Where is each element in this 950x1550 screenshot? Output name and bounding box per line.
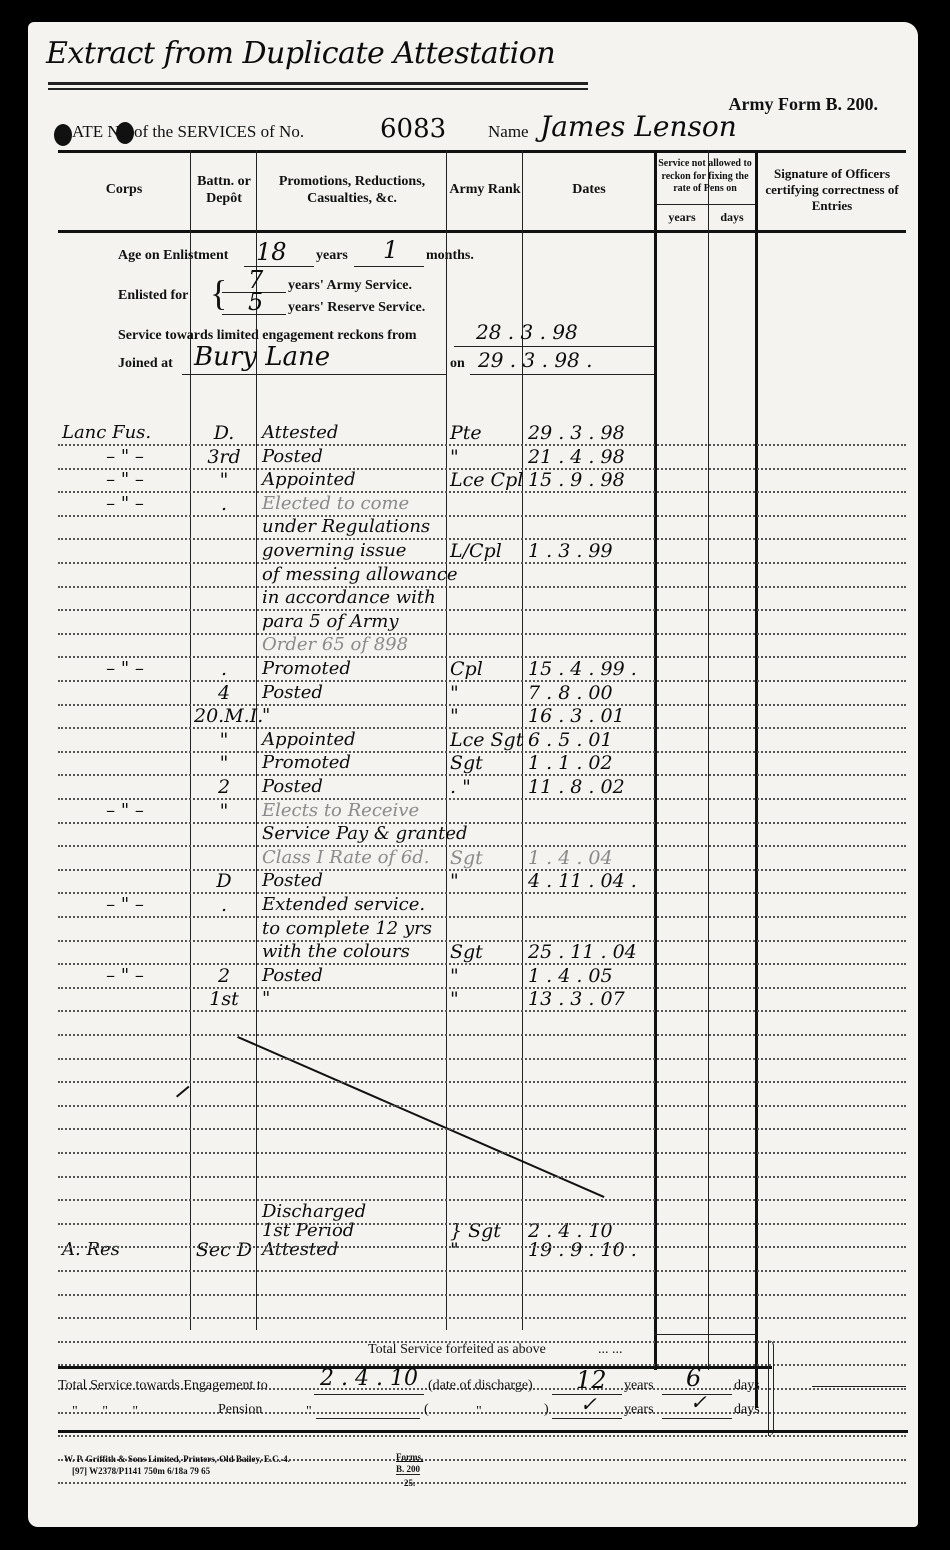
ruled-line (58, 1010, 906, 1012)
ruled-line (58, 1294, 906, 1296)
cell-date: 19 . 9 . 10 . (528, 1239, 652, 1261)
ruled-line (58, 774, 906, 776)
cell-battn: " (194, 800, 254, 822)
ruled-line (58, 1199, 906, 1201)
header-years: years (656, 204, 708, 230)
joined-date-line (470, 374, 654, 375)
header-rank: Army Rank (448, 150, 522, 230)
pension-date-line (316, 1418, 420, 1419)
cell-battn: 2 (194, 776, 254, 798)
months-label: months. (426, 248, 474, 264)
cell-corps: – " – (62, 658, 188, 680)
cell-event: to complete 12 yrs (262, 918, 444, 940)
reckons-line (454, 346, 654, 347)
pension-label: Pension (218, 1402, 262, 1418)
cell-date: 1 . 3 . 99 (528, 540, 652, 562)
forms-label: Forms, (396, 1452, 423, 1462)
cell-battn: 2 (194, 965, 254, 987)
pension-years-label: years (624, 1402, 654, 1418)
soldier-name: James Lenson (540, 110, 737, 143)
cell-rank: " (450, 682, 520, 704)
header-bottom-rule (58, 230, 906, 233)
cell-event: in accordance with (262, 587, 444, 609)
ruled-line (58, 1412, 906, 1414)
ruled-line (58, 1058, 906, 1060)
cell-date: 15 . 4 . 99 . (528, 658, 652, 680)
ruled-line (58, 538, 906, 540)
engagement-date: 2 . 4 . 10 (320, 1366, 418, 1391)
document-title: Extract from Duplicate Attestation (46, 36, 555, 71)
header-signature: Signature of Officers certifying correct… (758, 150, 906, 230)
ruled-line (58, 963, 906, 965)
printer-line-2: [97] W2378/P1141 750m 6/18a 79 65 (72, 1466, 210, 1476)
on-label: on (450, 356, 465, 372)
cell-date: 15 . 9 . 98 (528, 469, 652, 491)
ruled-line (58, 1270, 906, 1272)
pension-paren-ditto: " (476, 1404, 482, 1420)
cell-battn: Sec D (194, 1239, 254, 1261)
printer-line-1: W. P. Griffith & Sons Limited, Printers,… (64, 1454, 290, 1464)
cell-event: Posted (262, 965, 444, 987)
cell-event: Class I Rate of 6d. (262, 847, 444, 869)
totals-bottom-rule (58, 1430, 908, 1433)
cell-event: Posted (262, 776, 444, 798)
cell-date: 25 . 11 . 04 (528, 941, 652, 963)
days-label: days (734, 1378, 760, 1394)
ruled-line (58, 751, 906, 753)
cell-event: with the colours (262, 941, 444, 963)
service-number: 6083 (380, 114, 446, 144)
cell-rank: " (450, 1239, 520, 1261)
ruled-line (58, 727, 906, 729)
pension-paren-close: ) (544, 1402, 549, 1418)
cell-rank: " (450, 965, 520, 987)
ruled-line (58, 1317, 906, 1319)
cell-corps: – " – (62, 894, 188, 916)
discharge-label: (date of discharge) (428, 1378, 533, 1394)
header-days: days (710, 204, 754, 230)
cell-event: Appointed (262, 469, 444, 491)
engagement-days: 6 (686, 1364, 701, 1392)
cell-battn: " (194, 752, 254, 774)
cell-event: " (262, 705, 444, 727)
cell-battn: D. (194, 422, 254, 444)
ruled-line (58, 1034, 906, 1036)
cell-date: 4 . 11 . 04 . (528, 870, 652, 892)
header-dates: Dates (524, 150, 654, 230)
joined-line (182, 374, 446, 375)
joined-place: Bury Lane (194, 342, 330, 372)
forfeited-label: Total Service forfeited as above (368, 1342, 546, 1358)
cell-event: governing issue (262, 540, 444, 562)
col-divider (654, 150, 657, 1370)
cell-event: Order 65 of 898 (262, 634, 444, 656)
cell-date: 1 . 4 . 04 (528, 847, 652, 869)
pension-paren-open: ( (424, 1402, 429, 1418)
pension-years-line (552, 1418, 622, 1419)
ruled-line (58, 1246, 906, 1248)
engagement-label: Total Service towards Engagement to (58, 1378, 268, 1394)
years-label: years (624, 1378, 654, 1394)
reserve-service-label: years' Reserve Service. (288, 300, 425, 316)
cell-rank: . " (450, 776, 520, 798)
ruled-line (58, 680, 906, 682)
strike-through-line (237, 1036, 604, 1198)
cell-event: Elects to Receive (262, 800, 444, 822)
pension-days-label: days (734, 1402, 760, 1418)
header-promotions: Promotions, Reductions, Casualties, &c. (258, 150, 446, 230)
cell-battn: . (194, 894, 254, 916)
cell-date: 13 . 3 . 07 (528, 988, 652, 1010)
joined-label: Joined at (118, 356, 173, 372)
name-label: Name (488, 122, 529, 142)
forfeited-dots: ... ... (598, 1342, 623, 1358)
cell-battn: 3rd (194, 446, 254, 468)
ruled-line (58, 916, 906, 918)
cell-battn: " (194, 469, 254, 491)
cell-event: Extended service. (262, 894, 444, 916)
cell-rank: Sgt (450, 847, 520, 869)
cell-rank: Cpl (450, 658, 520, 680)
ruled-line (58, 1128, 906, 1130)
ruled-line (58, 798, 906, 800)
cell-event: Promoted (262, 658, 444, 680)
ruled-line (58, 1105, 906, 1107)
signature-line (812, 1386, 906, 1387)
cell-corps: – " – (62, 493, 188, 515)
cell-event: Elected to come (262, 493, 444, 515)
ruled-line (58, 633, 906, 635)
attestation-form-page: Extract from Duplicate Attestation Army … (28, 22, 918, 1527)
cell-date: 7 . 8 . 00 (528, 682, 652, 704)
ruled-line (58, 1152, 906, 1154)
cell-corps: – " – (62, 800, 188, 822)
cell-rank: Pte (450, 422, 520, 444)
pension-days-line (662, 1418, 732, 1419)
ruled-line (58, 704, 906, 706)
ruled-line (58, 869, 906, 871)
cell-rank: Lce Cpl (450, 469, 520, 491)
cell-event: Promoted (262, 752, 444, 774)
age-months: 1 (383, 236, 398, 264)
engagement-date-line (314, 1394, 424, 1395)
cell-event: Posted (262, 446, 444, 468)
ruled-line (58, 562, 906, 564)
reserve-years: 5 (248, 288, 263, 316)
cell-event: Attested (262, 1239, 444, 1261)
cell-battn: D (194, 870, 254, 892)
years-label: years (316, 248, 348, 264)
age-months-line (354, 266, 424, 267)
cell-corps: – " – (62, 965, 188, 987)
ruled-line (58, 1176, 906, 1178)
cell-event: Attested (262, 422, 444, 444)
cell-battn: . (194, 658, 254, 680)
forfeited-box-top (654, 1334, 756, 1335)
pension-ditto2: " (306, 1404, 312, 1420)
cell-event: Appointed (262, 729, 444, 751)
ruled-line (58, 491, 906, 493)
cell-rank: " (450, 446, 520, 468)
ruled-line (58, 1223, 906, 1225)
totals-brace (768, 1340, 774, 1436)
ink-blot (54, 124, 72, 146)
cell-corps: Lanc Fus. (62, 422, 188, 444)
ruled-line (58, 609, 906, 611)
cell-rank: " (450, 870, 520, 892)
brace-icon: { (210, 272, 227, 314)
ruled-line (58, 892, 906, 894)
cell-event: para 5 of Army (262, 611, 444, 633)
col-divider (755, 150, 758, 1408)
reckons-date: 28 . 3 . 98 (476, 320, 578, 344)
cell-rank: " (450, 705, 520, 727)
ruled-line (58, 1482, 906, 1484)
ruled-line (58, 1435, 906, 1437)
header-battn: Battn. or Depôt (192, 150, 256, 230)
cell-event: of messing allowance (262, 564, 444, 586)
cell-event: under Regulations (262, 516, 444, 538)
ruled-line (58, 940, 906, 942)
ruled-line (58, 987, 906, 989)
statement-label: ATE NT of the SERVICES of No. (72, 122, 304, 142)
age-label: Age on Enlistment (118, 248, 228, 264)
cell-date: 21 . 4 . 98 (528, 446, 652, 468)
cell-battn: 20.M.I. (194, 705, 254, 727)
ruled-line (58, 845, 906, 847)
forms-number: B. 200 (396, 1464, 420, 1475)
pension-ditto: " " " (72, 1404, 138, 1420)
joined-date: 29 . 3 . 98 . (478, 348, 592, 372)
ruled-line (58, 1081, 906, 1083)
cell-battn: 4 (194, 682, 254, 704)
engagement-years: 12 (576, 1366, 607, 1394)
cell-corps: – " – (62, 469, 188, 491)
ruled-line (58, 444, 906, 446)
cell-rank: " (450, 988, 520, 1010)
cell-rank: Sgt (450, 941, 520, 963)
cell-battn: 1st (194, 988, 254, 1010)
header-corps: Corps (58, 150, 190, 230)
pension-years-check-icon: ✓ (580, 1392, 597, 1416)
ruled-line (58, 656, 906, 658)
cell-battn: . (194, 493, 254, 515)
ruled-line (58, 586, 906, 588)
title-underline (48, 82, 588, 90)
cell-corps: – " – (62, 446, 188, 468)
army-service-label: years' Army Service. (288, 278, 412, 294)
form-number: Army Form B. 200. (729, 94, 878, 115)
cell-date: 16 . 3 . 01 (528, 705, 652, 727)
cell-event: Service Pay & granted (262, 823, 444, 845)
pension-days-check-icon: ✓ (690, 1390, 707, 1414)
cell-rank: L/Cpl (450, 540, 520, 562)
cell-battn: " (194, 729, 254, 751)
enlisted-for-label: Enlisted for (118, 288, 188, 304)
cell-date: 11 . 8 . 02 (528, 776, 652, 798)
pen-mark (176, 1086, 190, 1098)
ruled-line (58, 822, 906, 824)
cell-corps: A. Res (62, 1239, 188, 1261)
service-table: Corps Battn. or Depôt Promotions, Reduct… (58, 150, 906, 1330)
age-years: 18 (256, 238, 287, 266)
cell-date: 1 . 1 . 02 (528, 752, 652, 774)
cell-event: Posted (262, 870, 444, 892)
cell-date: 1 . 4 . 05 (528, 965, 652, 987)
cell-date: 29 . 3 . 98 (528, 422, 652, 444)
cell-rank: Sgt (450, 752, 520, 774)
cell-event: Posted (262, 682, 444, 704)
ruled-line (58, 515, 906, 517)
forms-sub: 25. (404, 1478, 415, 1488)
header-service-not-allowed: Service not allowed to reckon for fixing… (656, 150, 754, 204)
col-divider (708, 150, 709, 1370)
cell-rank: Lce Sgt (450, 729, 520, 751)
cell-date: 6 . 5 . 01 (528, 729, 652, 751)
ruled-line (58, 468, 906, 470)
cell-event: " (262, 988, 444, 1010)
